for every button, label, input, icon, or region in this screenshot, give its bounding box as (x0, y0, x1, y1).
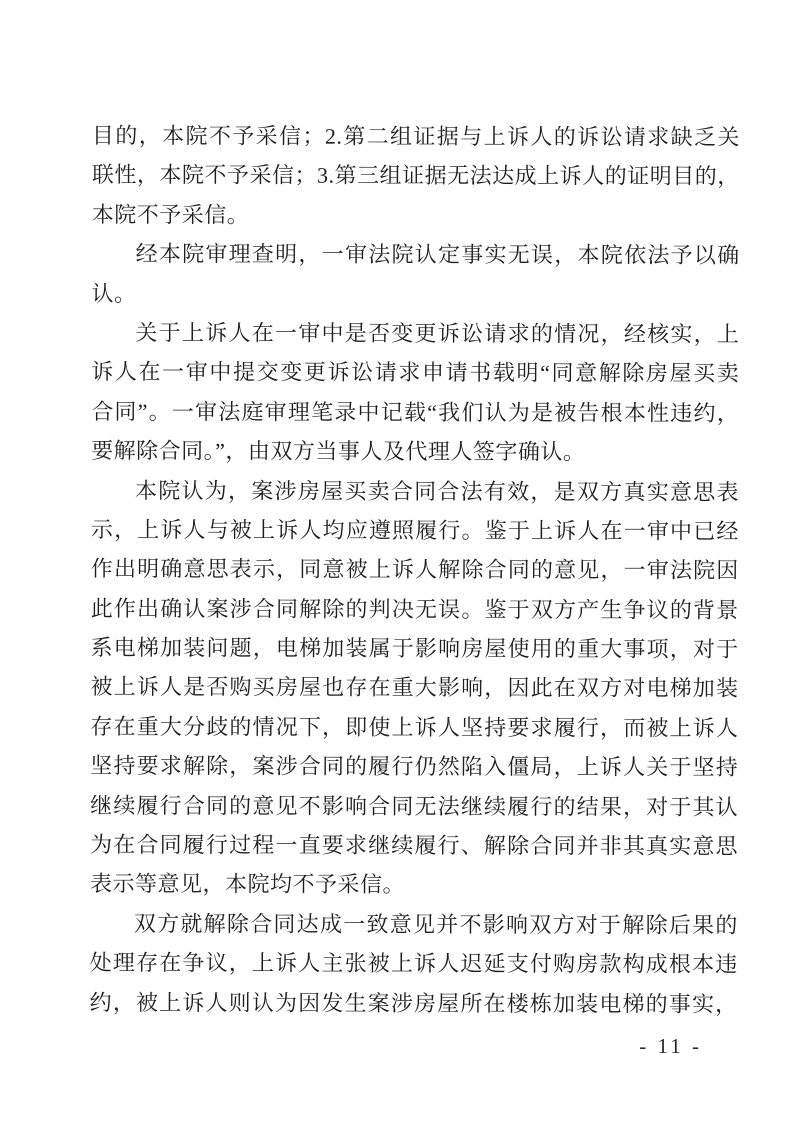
page-number: - 11 - (639, 1032, 702, 1060)
text-line: 目的，本院不予采信；2.第二组证据与上诉人的诉讼请求缺乏关 (92, 116, 740, 157)
text-line: 双方就解除合同达成一致意见并不影响双方对于解除后果的 (90, 904, 738, 945)
text-line: 关于上诉人在一审中是否变更诉讼请求的情况，经核实，上 (91, 313, 739, 354)
text-line: 经本院审理查明，一审法院认定事实无误，本院依法予以确 (92, 234, 740, 275)
text-line: 要解除合同。”，由双方当事人及代理人签字确认。 (91, 431, 739, 472)
document-body: 目的，本院不予采信；2.第二组证据与上诉人的诉讼请求缺乏关联性，本院不予采信；3… (90, 116, 740, 1024)
text-line: 继续履行合同的意见不影响合同无法继续履行的结果，对于其认 (90, 786, 738, 827)
text-line: 联性，本院不予采信；3.第三组证据无法达成上诉人的证明目的， (92, 155, 740, 196)
text-line: 约，被上诉人则认为因发生案涉房屋所在楼栋加装电梯的事实， (90, 983, 738, 1024)
text-line: 系电梯加装问题，电梯加装属于影响房屋使用的重大事项，对于 (91, 628, 739, 669)
text-line: 示，上诉人与被上诉人均应遵照履行。鉴于上诉人在一审中已经 (91, 510, 739, 551)
text-line: 为在合同履行过程一直要求继续履行、解除合同并非其真实意思 (90, 825, 738, 866)
text-line: 被上诉人是否购买房屋也存在重大影响，因此在双方对电梯加装 (90, 667, 738, 708)
text-line: 表示等意见，本院均不予采信。 (90, 864, 738, 905)
text-line: 存在重大分歧的情况下，即使上诉人坚持要求履行，而被上诉人 (90, 707, 738, 748)
text-line: 合同”。一审法庭审理笔录中记载“我们认为是被告根本性违约， (91, 392, 739, 433)
text-line: 诉人在一审中提交变更诉讼请求申请书载明“同意解除房屋买卖 (91, 352, 739, 393)
text-line: 此作出确认案涉合同解除的判决无误。鉴于双方产生争议的背景 (91, 589, 739, 630)
text-line: 作出明确意思表示，同意被上诉人解除合同的意见，一审法院因 (91, 549, 739, 590)
text-line: 本院不予采信。 (92, 195, 740, 236)
document-page: 目的，本院不予采信；2.第二组证据与上诉人的诉讼请求缺乏关联性，本院不予采信；3… (0, 0, 800, 1131)
text-line: 坚持要求解除，案涉合同的履行仍然陷入僵局，上诉人关于坚持 (90, 746, 738, 787)
text-line: 本院认为，案涉房屋买卖合同合法有效，是双方真实意思表 (91, 471, 739, 512)
text-line: 认。 (91, 274, 739, 315)
text-line: 处理存在争议，上诉人主张被上诉人迟延支付购房款构成根本违 (90, 943, 738, 984)
